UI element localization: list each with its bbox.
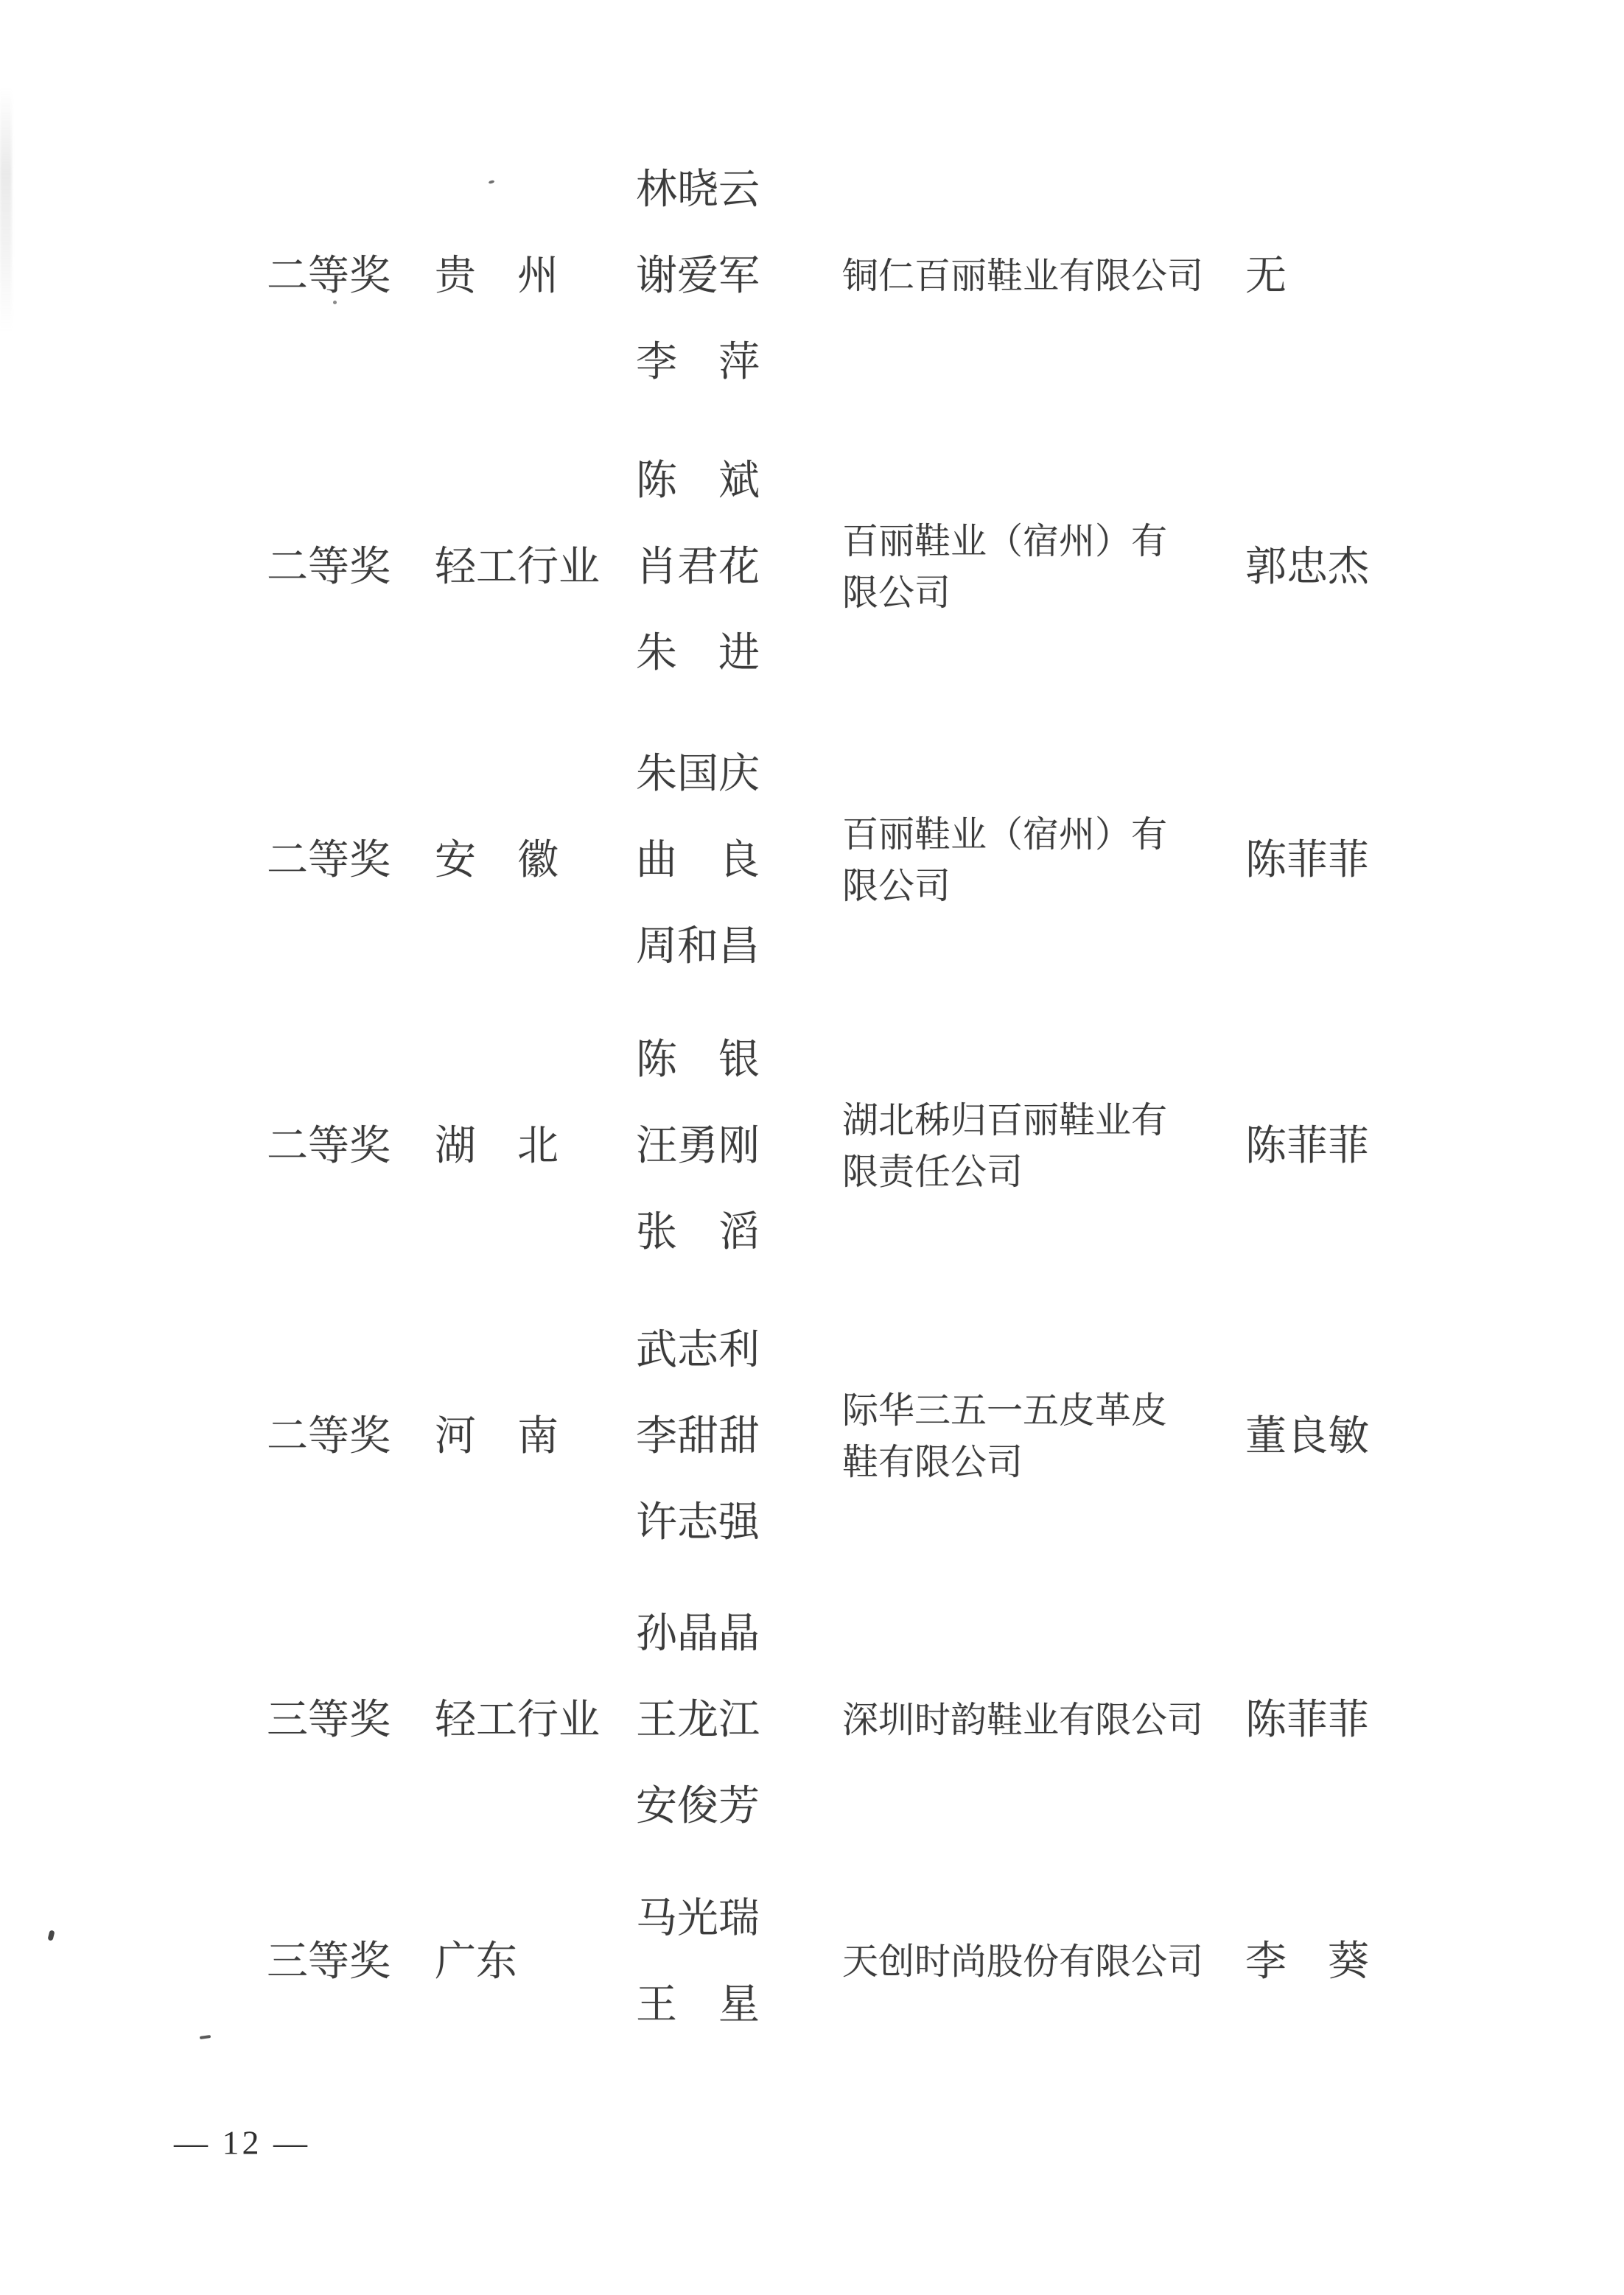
company-line: 百丽鞋业（宿州）有 (842, 809, 1167, 861)
coach-name: 李 葵 (1245, 1940, 1369, 1984)
delegation: 轻工行业 (435, 1698, 600, 1742)
company-name: 湖北秭归百丽鞋业有 限责任公司 (842, 1095, 1167, 1198)
company-name: 百丽鞋业（宿州）有 限公司 (842, 516, 1167, 619)
coach-name: 郭忠杰 (1245, 545, 1369, 589)
company-line: 限公司 (842, 861, 1167, 912)
winner-name: 肖君花 (636, 547, 760, 588)
winner-name: 朱 进 (636, 633, 760, 674)
award-level: 二等奖 (267, 254, 391, 298)
scan-edge-smudge (0, 88, 12, 332)
coach-name: 陈菲菲 (1245, 1124, 1369, 1168)
winner-names: 孙晶晶 王龙江 安俊芳 (636, 1613, 760, 1827)
company-line: 限责任公司 (842, 1146, 1167, 1198)
coach-name: 陈菲菲 (1245, 838, 1369, 883)
delegation: 安 徽 (435, 838, 559, 883)
scan-speck (489, 180, 495, 184)
winner-name: 孙晶晶 (636, 1613, 760, 1655)
award-level: 二等奖 (267, 545, 391, 589)
winner-name: 武志利 (636, 1330, 760, 1371)
winner-name: 谢爱军 (636, 256, 760, 297)
company-line: 湖北秭归百丽鞋业有 (842, 1095, 1167, 1146)
scan-speck (47, 1930, 55, 1941)
company-line: 鞋有限公司 (842, 1437, 1167, 1488)
winner-names: 林晓云 谢爱军 李 萍 (636, 169, 760, 383)
winner-name: 张 滔 (636, 1212, 760, 1253)
company-line: 际华三五一五皮革皮 (842, 1385, 1167, 1437)
winner-names: 朱国庆 曲 良 周和昌 (636, 754, 760, 967)
company-line: 百丽鞋业（宿州）有 (842, 516, 1167, 567)
winner-name: 林晓云 (636, 169, 760, 211)
scan-speck (333, 301, 337, 304)
winner-name: 陈 斌 (636, 460, 760, 502)
delegation: 河 南 (435, 1415, 559, 1459)
delegation: 轻工行业 (435, 545, 600, 589)
company-line: 深圳时韵鞋业有限公司 (842, 1695, 1203, 1746)
company-name: 百丽鞋业（宿州）有 限公司 (842, 809, 1167, 912)
winner-name: 王龙江 (636, 1700, 760, 1741)
winner-names: 陈 银 汪勇刚 张 滔 (636, 1040, 760, 1253)
company-name: 深圳时韵鞋业有限公司 (842, 1695, 1203, 1746)
winner-name: 李甜甜 (636, 1416, 760, 1457)
company-name: 铜仁百丽鞋业有限公司 (842, 250, 1203, 302)
company-name: 际华三五一五皮革皮 鞋有限公司 (842, 1385, 1167, 1488)
winner-name: 许志强 (636, 1502, 760, 1544)
award-level: 二等奖 (267, 1415, 391, 1459)
company-line: 天创时尚股份有限公司 (842, 1936, 1203, 1988)
winner-name: 周和昌 (636, 926, 760, 967)
winner-name: 李 萍 (636, 342, 760, 383)
company-name: 天创时尚股份有限公司 (842, 1936, 1203, 1988)
company-line: 铜仁百丽鞋业有限公司 (842, 250, 1203, 302)
delegation: 广东 (435, 1940, 517, 1984)
winner-name: 朱国庆 (636, 754, 760, 795)
winner-name: 曲 良 (636, 840, 760, 881)
winner-name: 安俊芳 (636, 1786, 760, 1827)
winner-names: 武志利 李甜甜 许志强 (636, 1330, 760, 1544)
award-level: 三等奖 (267, 1940, 391, 1984)
winner-name: 汪勇刚 (636, 1126, 760, 1167)
winner-name: 王 星 (636, 1985, 760, 2026)
delegation: 湖 北 (435, 1124, 559, 1168)
delegation: 贵 州 (435, 254, 559, 298)
winner-names: 马光瑞 王 星 (636, 1899, 760, 2026)
page-number: — 12 — (174, 2123, 310, 2162)
coach-name: 无 (1245, 254, 1287, 298)
award-level: 二等奖 (267, 838, 391, 883)
company-line: 限公司 (842, 567, 1167, 619)
award-level: 三等奖 (267, 1698, 391, 1742)
winner-name: 马光瑞 (636, 1899, 760, 1940)
award-level: 二等奖 (267, 1124, 391, 1168)
winner-name: 陈 银 (636, 1040, 760, 1081)
scan-speck (200, 2035, 211, 2039)
scanned-document-page: 二等奖 贵 州 林晓云 谢爱军 李 萍 铜仁百丽鞋业有限公司 无 二等奖 轻工行… (0, 0, 1624, 2295)
coach-name: 董良敏 (1245, 1415, 1369, 1459)
coach-name: 陈菲菲 (1245, 1698, 1369, 1742)
winner-names: 陈 斌 肖君花 朱 进 (636, 460, 760, 674)
